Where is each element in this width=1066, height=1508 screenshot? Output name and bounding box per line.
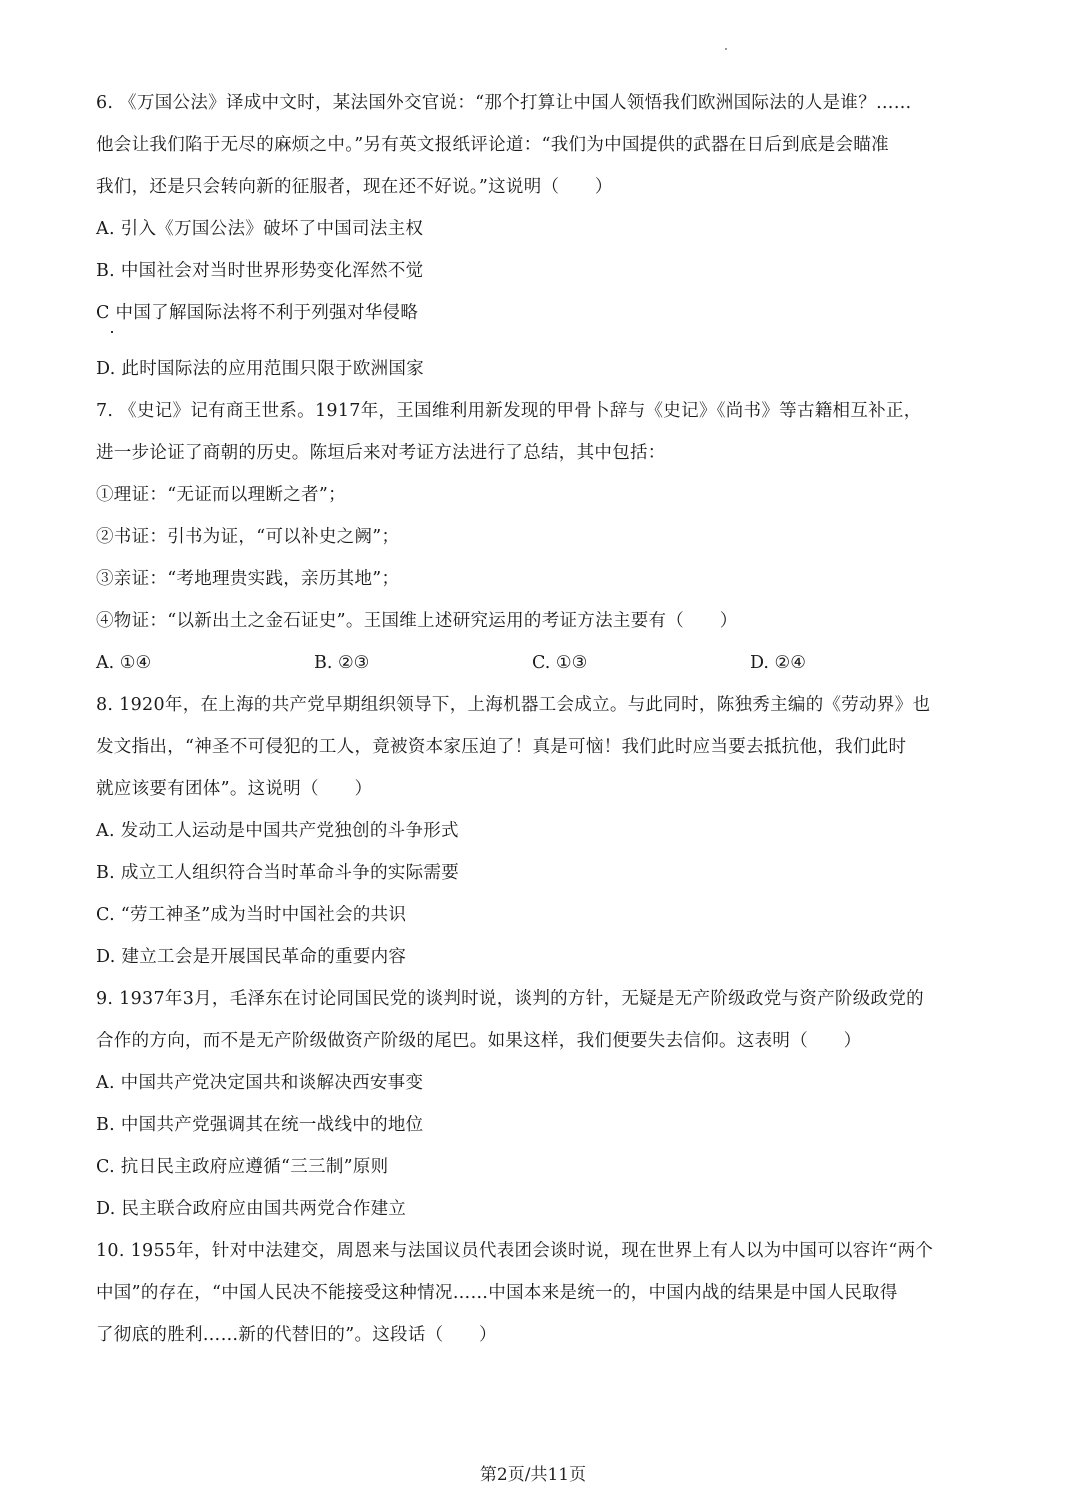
question-8-option-a: A. 发动工人运动是中国共产党独创的斗争形式 — [96, 820, 459, 842]
question-9-option-a: A. 中国共产党决定国共和谈解决西安事变 — [96, 1072, 423, 1094]
question-10-stem-line-2: 中国”的存在，“中国人民决不能接受这种情况……中国本来是统一的，中国内战的结果是… — [96, 1282, 898, 1304]
question-6-option-b: B. 中国社会对当时世界形势变化浑然不觉 — [96, 260, 423, 282]
question-6-stem-line-1: 6. 《万国公法》译成中文时，某法国外交官说：“那个打算让中国人领悟我们欧洲国际… — [96, 92, 912, 114]
question-9-option-d: D. 民主联合政府应由国共两党合作建立 — [96, 1198, 406, 1220]
question-8-option-b: B. 成立工人组织符合当时革命斗争的实际需要 — [96, 862, 459, 884]
document-page: 6. 《万国公法》译成中文时，某法国外交官说：“那个打算让中国人领悟我们欧洲国际… — [0, 0, 1066, 1508]
question-7-option-d: D. ②④ — [750, 652, 806, 674]
question-8-stem-line-2: 发文指出，“神圣不可侵犯的工人，竟被资本家压迫了！真是可恼！我们此时应当要去抵抗… — [96, 736, 906, 758]
question-7-item-3: ③亲证：“考地理贵实践，亲历其地”； — [96, 568, 399, 590]
question-7-options: A. ①④ B. ②③ C. ①③ D. ②④ — [96, 652, 966, 674]
question-7-stem-line-2: 进一步论证了商朝的历史。陈垣后来对考证方法进行了总结，其中包括： — [96, 442, 666, 464]
question-7-item-2: ②书证：引书为证，“可以补史之阙”； — [96, 526, 399, 548]
question-7-stem-line-1: 7. 《史记》记有商王世系。1917年，王国维利用新发现的甲骨卜辞与《史记》《尚… — [96, 400, 922, 422]
question-8-option-d: D. 建立工会是开展国民革命的重要内容 — [96, 946, 406, 968]
question-6-option-a: A. 引入《万国公法》破坏了中国司法主权 — [96, 218, 423, 240]
question-6-option-d: D. 此时国际法的应用范围只限于欧洲国家 — [96, 358, 424, 380]
question-9-stem-line-2: 合作的方向，而不是无产阶级做资产阶级的尾巴。如果这样，我们便要失去信仰。这表明（… — [96, 1030, 861, 1052]
question-10-stem-line-1: 10. 1955年，针对中法建交，周恩来与法国议员代表团会谈时说，现在世界上有人… — [96, 1240, 933, 1262]
stray-period-mark — [111, 331, 113, 333]
question-9-stem-line-1: 9. 1937年3月，毛泽东在讨论同国民党的谈判时说，谈判的方针，无疑是无产阶级… — [96, 988, 924, 1010]
question-7-option-a: A. ①④ — [96, 652, 151, 674]
question-7-option-b: B. ②③ — [314, 652, 369, 674]
question-9-option-c: C. 抗日民主政府应遵循“三三制”原则 — [96, 1156, 388, 1178]
question-6-stem-line-3: 我们，还是只会转向新的征服者，现在还不好说。”这说明（ ） — [96, 176, 613, 198]
question-7-item-4: ④物证：“以新出土之金石证史”。王国维上述研究运用的考证方法主要有（ ） — [96, 610, 738, 632]
question-8-option-c: C. “劳工神圣”成为当时中国社会的共识 — [96, 904, 406, 926]
question-6-option-c: C 中国了解国际法将不利于列强对华侵略 — [96, 302, 418, 324]
question-8-stem-line-1: 8. 1920年，在上海的共产党早期组织领导下，上海机器工会成立。与此同时，陈独… — [96, 694, 930, 716]
question-8-stem-line-3: 就应该要有团体”。这说明（ ） — [96, 778, 372, 800]
question-10-stem-line-3: 了彻底的胜利……新的代替旧的”。这段话（ ） — [96, 1324, 497, 1346]
scan-mark — [725, 48, 727, 50]
question-7-item-1: ①理证：“无证而以理断之者”； — [96, 484, 346, 506]
question-6-stem-line-2: 他会让我们陷于无尽的麻烦之中。”另有英文报纸评论道：“我们为中国提供的武器在日后… — [96, 134, 889, 156]
question-7-option-c: C. ①③ — [532, 652, 587, 674]
question-9-option-b: B. 中国共产党强调其在统一战线中的地位 — [96, 1114, 423, 1136]
page-number-footer: 第2页/共11页 — [0, 1464, 1066, 1486]
